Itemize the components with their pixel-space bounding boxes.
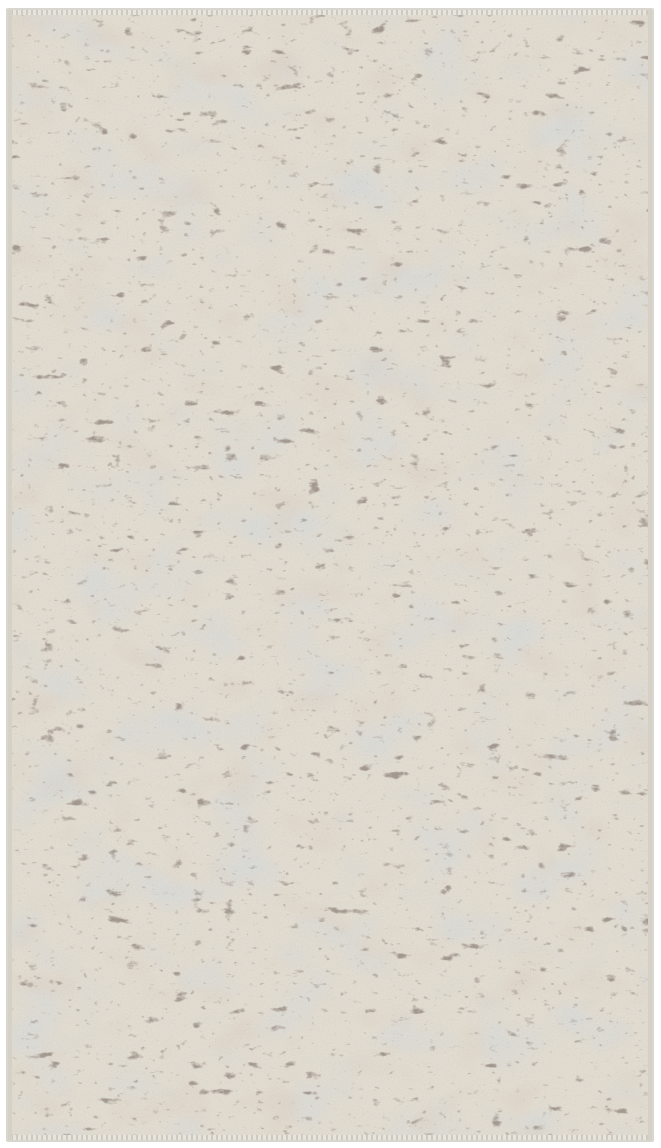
rug-left-binding: [8, 10, 12, 1140]
rug-pattern: [8, 10, 652, 1140]
rug-bottom-edge: [8, 1135, 652, 1140]
rug-top-edge: [8, 10, 652, 15]
rug-right-binding: [648, 10, 652, 1140]
photo-canvas: [0, 0, 661, 1148]
area-rug: [6, 8, 654, 1142]
